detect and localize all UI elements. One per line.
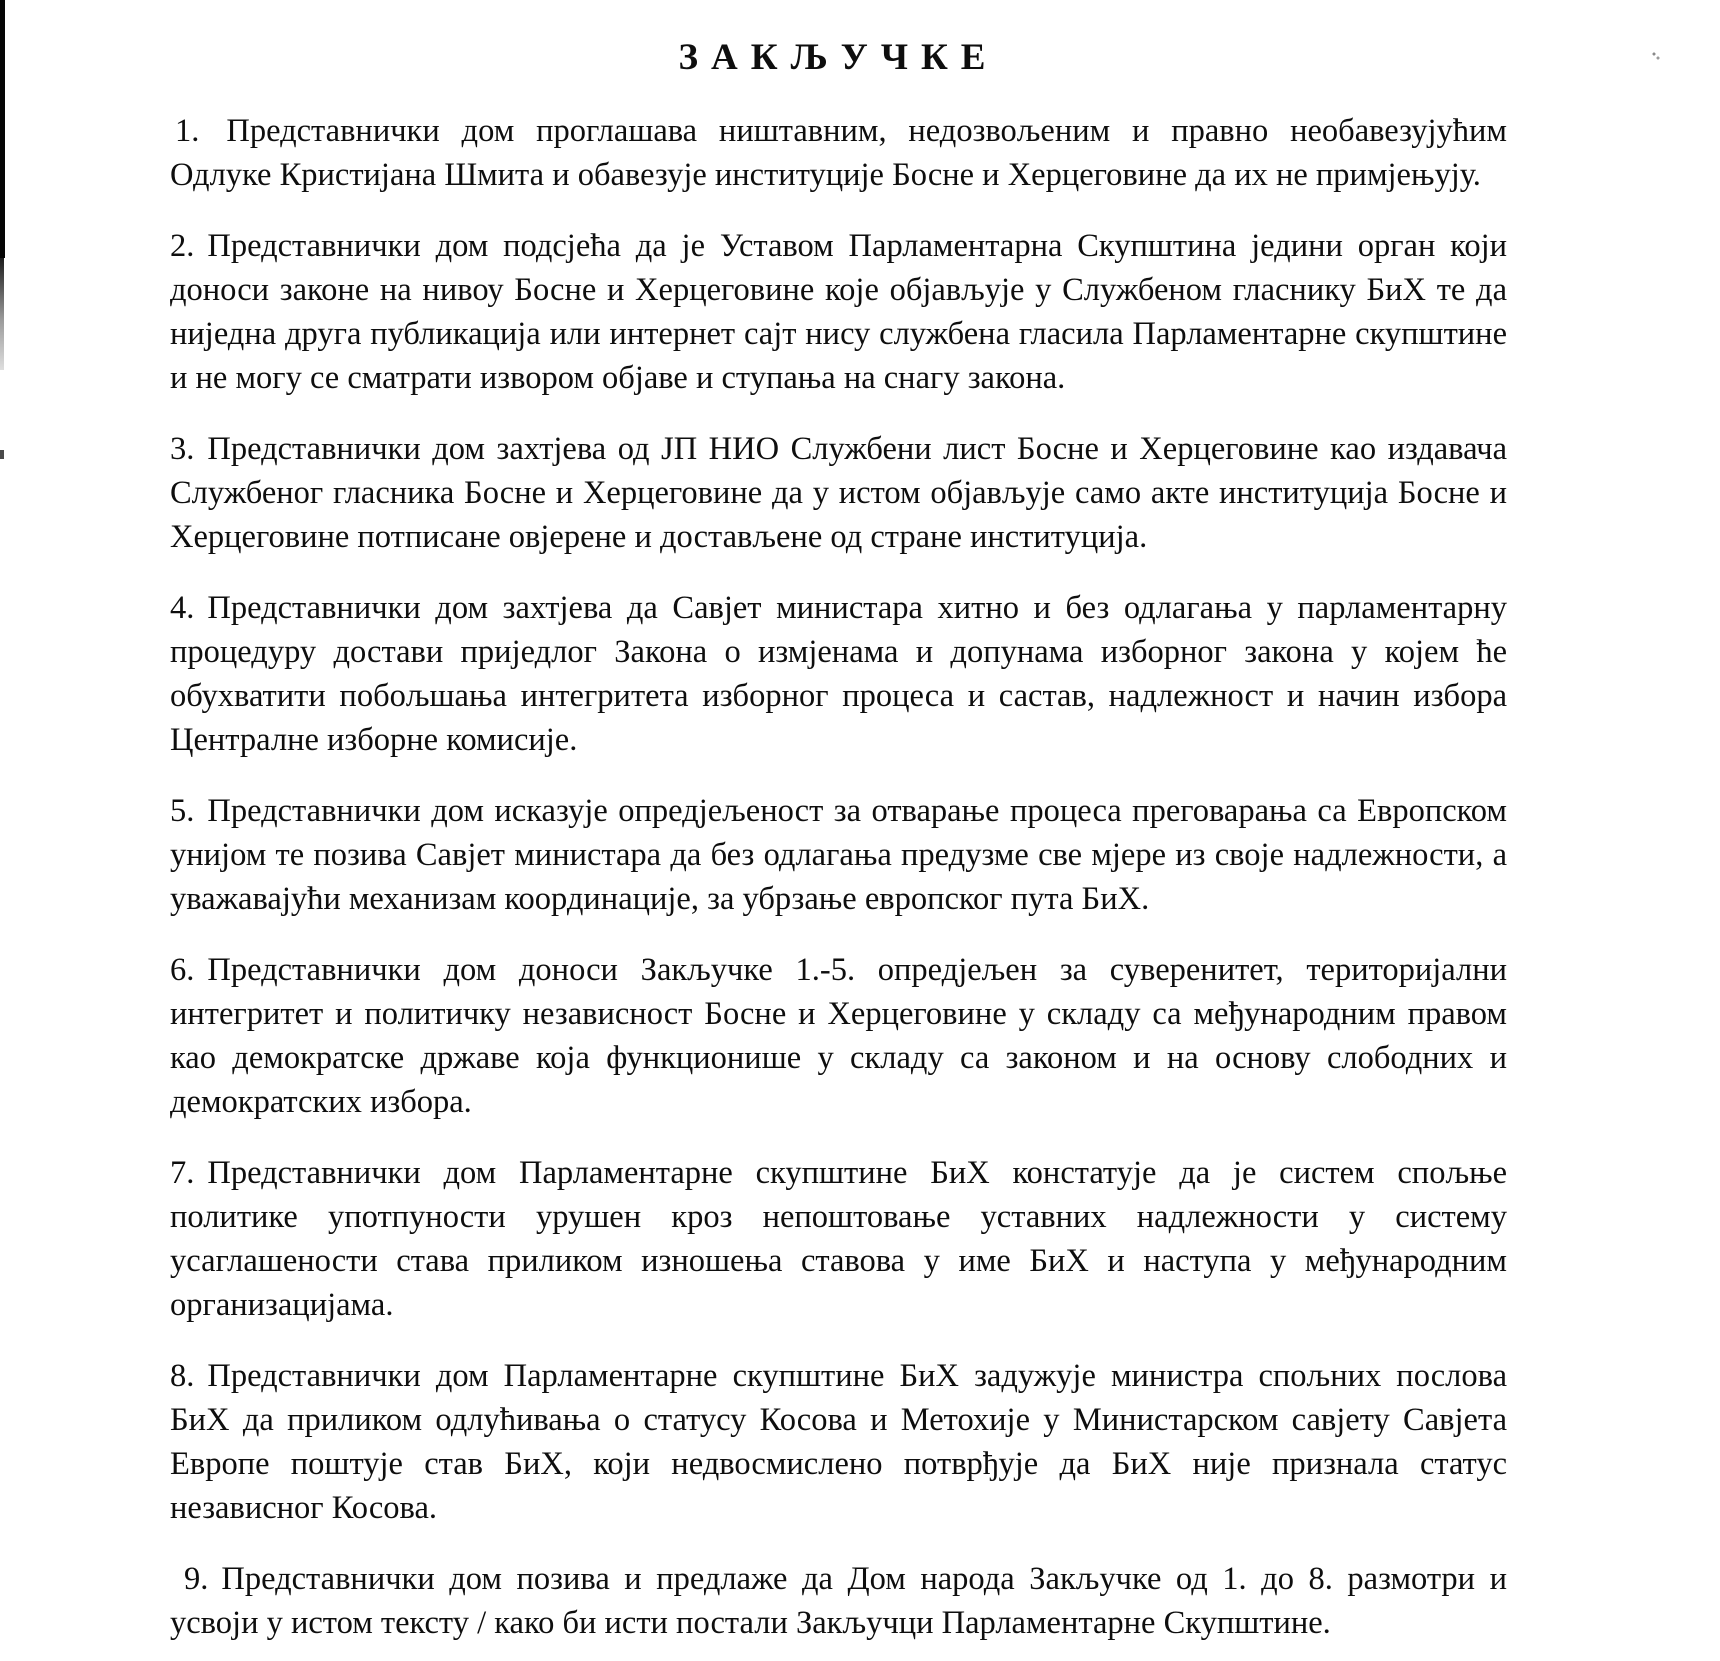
paragraph-9: 9.Представнички дом позива и предлаже да… xyxy=(170,1557,1507,1645)
scan-artifact-left-bar-fade xyxy=(0,258,4,370)
paragraph-number: 7. xyxy=(170,1155,194,1191)
paragraph-1: 1.Представнички дом проглашава ништавним… xyxy=(170,109,1507,197)
paragraph-text: Представнички дом подсјећа да је Уставом… xyxy=(170,228,1507,396)
paragraph-text: Представнички дом захтјева да Савјет мин… xyxy=(170,590,1507,758)
paragraph-text: Представнички дом Парламентарне скупштин… xyxy=(170,1155,1507,1323)
paragraph-number: 2. xyxy=(170,228,194,264)
paragraph-number: 9. xyxy=(184,1561,208,1597)
paragraph-number: 1. xyxy=(175,113,199,149)
scan-artifact-top-right-speck xyxy=(1652,52,1661,61)
paragraph-6: 6.Представнички дом доноси Закључке 1.-5… xyxy=(170,948,1507,1124)
paragraph-number: 8. xyxy=(170,1358,194,1394)
document-page: ЗАКЉУЧКЕ 1.Представнички дом проглашава … xyxy=(0,0,1720,1661)
paragraph-number: 4. xyxy=(170,590,194,626)
document-title: ЗАКЉУЧКЕ xyxy=(170,36,1507,79)
paragraph-text: Представнички дом захтјева од ЈП НИО Слу… xyxy=(170,431,1507,555)
paragraph-4: 4.Представнички дом захтјева да Савјет м… xyxy=(170,586,1507,762)
paragraph-text: Представнички дом исказује опредјељеност… xyxy=(170,793,1507,917)
paragraph-7: 7.Представнички дом Парламентарне скупшт… xyxy=(170,1151,1507,1327)
paragraph-text: Представнички дом Парламентарне скупштин… xyxy=(170,1358,1507,1526)
paragraph-3: 3.Представнички дом захтјева од ЈП НИО С… xyxy=(170,427,1507,559)
paragraph-2: 2.Представнички дом подсјећа да је Устав… xyxy=(170,224,1507,400)
scan-artifact-left-bar xyxy=(0,0,5,258)
paragraph-number: 5. xyxy=(170,793,194,829)
paragraph-text: Представнички дом проглашава ништавним, … xyxy=(170,113,1507,193)
paragraph-number: 3. xyxy=(170,431,194,467)
scan-artifact-left-dot xyxy=(0,450,4,459)
paragraph-number: 6. xyxy=(170,952,194,988)
paragraph-8: 8.Представнички дом Парламентарне скупшт… xyxy=(170,1354,1507,1530)
paragraph-5: 5.Представнички дом исказује опредјељено… xyxy=(170,789,1507,921)
paragraph-text: Представнички дом доноси Закључке 1.-5. … xyxy=(170,952,1507,1120)
paragraph-text: Представнички дом позива и предлаже да Д… xyxy=(170,1561,1507,1641)
